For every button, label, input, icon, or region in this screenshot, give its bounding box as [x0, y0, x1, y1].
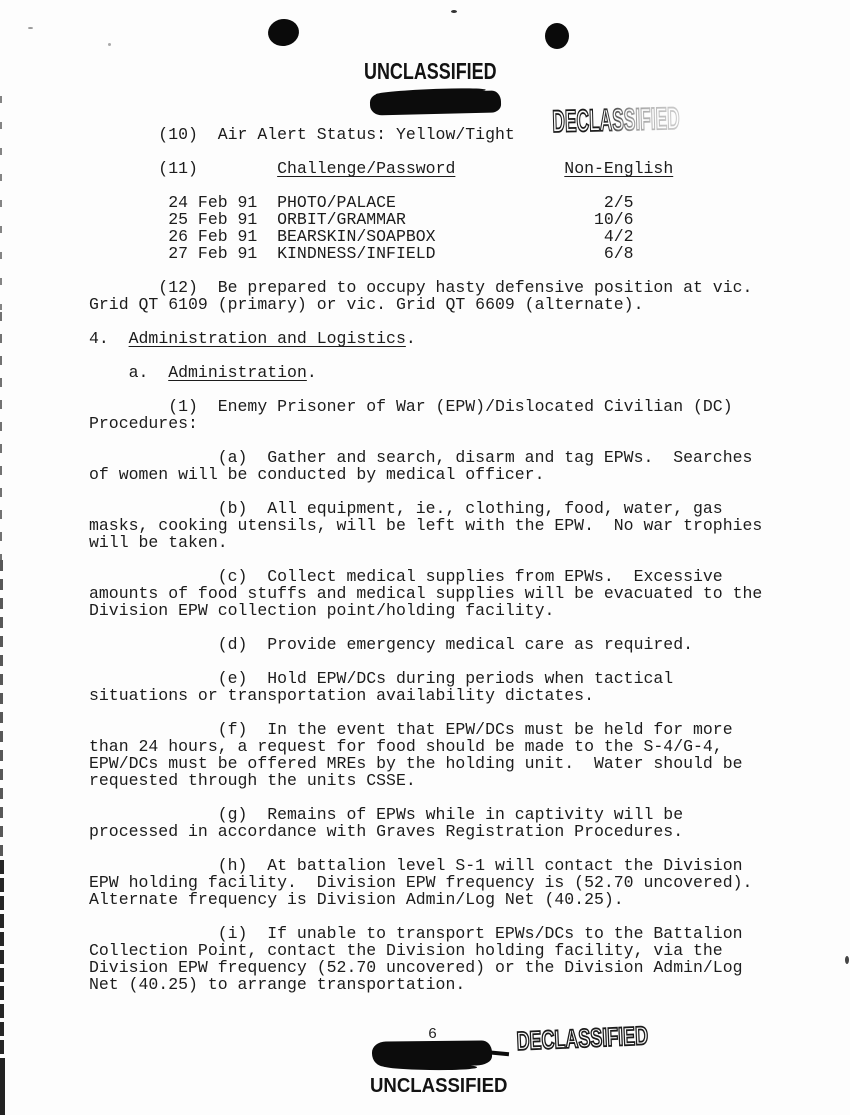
text-line: Procedures:	[89, 415, 762, 432]
text-line: (a) Gather and search, disarm and tag EP…	[89, 449, 762, 466]
item-11-table-header: (11) Challenge/Password Non-English	[89, 160, 762, 177]
scan-edge-artifact	[0, 312, 2, 560]
password-table: 24 Feb 91 PHOTO/PALACE 2/5 25 Feb 91 ORB…	[89, 194, 762, 262]
plain-text: a.	[89, 363, 168, 382]
scan-speck	[451, 10, 457, 13]
scan-edge-artifact	[0, 560, 3, 860]
scan-speck	[108, 43, 111, 46]
underlined-heading-text: Administration and Logistics	[129, 329, 406, 348]
hole-punch-dot-left	[266, 17, 300, 48]
text-line: (b) All equipment, ie., clothing, food, …	[89, 500, 762, 517]
scan-edge-artifact	[0, 96, 2, 310]
para-g: (g) Remains of EPWs while in captivity w…	[89, 806, 762, 840]
text-line: (h) At battalion level S-1 will contact …	[89, 857, 762, 874]
text-line: (c) Collect medical supplies from EPWs. …	[89, 568, 762, 585]
para-f: (f) In the event that EPW/DCs must be he…	[89, 721, 762, 789]
section-4a-heading: a. Administration.	[89, 364, 762, 381]
text-line: will be taken.	[89, 534, 762, 551]
text-line: EPW/DCs must be offered MREs by the hold…	[89, 755, 762, 772]
text-line: of women will be conducted by medical of…	[89, 466, 762, 483]
section-4-heading: 4. Administration and Logistics.	[89, 330, 762, 347]
text-line: requested through the units CSSE.	[89, 772, 762, 789]
text-line: Division EPW frequency (52.70 uncovered)…	[89, 959, 762, 976]
text-line: EPW holding facility. Division EPW frequ…	[89, 874, 762, 891]
text-line: Net (40.25) to arrange transportation.	[89, 976, 762, 993]
para-a: (a) Gather and search, disarm and tag EP…	[89, 449, 762, 483]
underlined-heading-text: Administration	[168, 363, 307, 382]
para-i: (i) If unable to transport EPWs/DCs to t…	[89, 925, 762, 993]
classification-header: UNCLASSIFIED	[364, 60, 497, 83]
text-line: situations or transportation availabilit…	[89, 687, 762, 704]
plain-text	[455, 159, 564, 178]
scan-edge-artifact	[0, 1058, 5, 1115]
item-12: (12) Be prepared to occupy hasty defensi…	[89, 279, 762, 313]
page: UNCLASSIFIED DECLASSIFIED (10) Air Alert…	[0, 0, 850, 1115]
item-10: (10) Air Alert Status: Yellow/Tight	[89, 126, 762, 143]
plain-text: (11)	[89, 159, 277, 178]
column-header: Non-English	[564, 159, 673, 178]
text-line: amounts of food stuffs and medical suppl…	[89, 585, 762, 602]
text-line: processed in accordance with Graves Regi…	[89, 823, 762, 840]
heading-line: 4. Administration and Logistics.	[89, 330, 762, 347]
scan-speck	[845, 956, 849, 964]
text-line: (i) If unable to transport EPWs/DCs to t…	[89, 925, 762, 942]
document-body: (10) Air Alert Status: Yellow/Tight (11)…	[89, 126, 762, 993]
para-c: (c) Collect medical supplies from EPWs. …	[89, 568, 762, 619]
text-line: (f) In the event that EPW/DCs must be he…	[89, 721, 762, 738]
text-line: (g) Remains of EPWs while in captivity w…	[89, 806, 762, 823]
password-table-heading: (11) Challenge/Password Non-English	[89, 160, 762, 177]
para-d: (d) Provide emergency medical care as re…	[89, 636, 762, 653]
password-table-row: 26 Feb 91 BEARSKIN/SOAPBOX 4/2	[89, 228, 762, 245]
text-line: (d) Provide emergency medical care as re…	[89, 636, 762, 653]
scan-edge-artifact	[0, 860, 4, 1058]
text-line: masks, cooking utensils, will be left wi…	[89, 517, 762, 534]
para-1: (1) Enemy Prisoner of War (EPW)/Dislocat…	[89, 398, 762, 432]
hole-punch-dot-right	[545, 23, 569, 49]
text-line: Alternate frequency is Division Admin/Lo…	[89, 891, 762, 908]
para-e: (e) Hold EPW/DCs during periods when tac…	[89, 670, 762, 704]
heading-line: a. Administration.	[89, 364, 762, 381]
redaction-bar-top	[370, 90, 501, 115]
text-line: than 24 hours, a request for food should…	[89, 738, 762, 755]
classification-footer: UNCLASSIFIED	[370, 1076, 507, 1096]
text-line: (1) Enemy Prisoner of War (EPW)/Dislocat…	[89, 398, 762, 415]
password-table-row: 25 Feb 91 ORBIT/GRAMMAR 10/6	[89, 211, 762, 228]
plain-text: 4.	[89, 329, 129, 348]
scan-speck	[28, 27, 33, 29]
text-line: Collection Point, contact the Division h…	[89, 942, 762, 959]
plain-text: .	[406, 329, 416, 348]
text-line: Grid QT 6109 (primary) or vic. Grid QT 6…	[89, 296, 762, 313]
text-line: Division EPW collection point/holding fa…	[89, 602, 762, 619]
password-table-row: 24 Feb 91 PHOTO/PALACE 2/5	[89, 194, 762, 211]
column-header: Challenge/Password	[277, 159, 455, 178]
password-table-row: 27 Feb 91 KINDNESS/INFIELD 6/8	[89, 245, 762, 262]
text-line: (12) Be prepared to occupy hasty defensi…	[89, 279, 762, 296]
para-h: (h) At battalion level S-1 will contact …	[89, 857, 762, 908]
text-line: (10) Air Alert Status: Yellow/Tight	[89, 126, 762, 143]
text-line: (e) Hold EPW/DCs during periods when tac…	[89, 670, 762, 687]
declassified-stamp-bottom: DECLASSIFIED	[516, 1022, 649, 1054]
para-b: (b) All equipment, ie., clothing, food, …	[89, 500, 762, 551]
plain-text: .	[307, 363, 317, 382]
redaction-bar-bottom	[372, 1040, 492, 1066]
